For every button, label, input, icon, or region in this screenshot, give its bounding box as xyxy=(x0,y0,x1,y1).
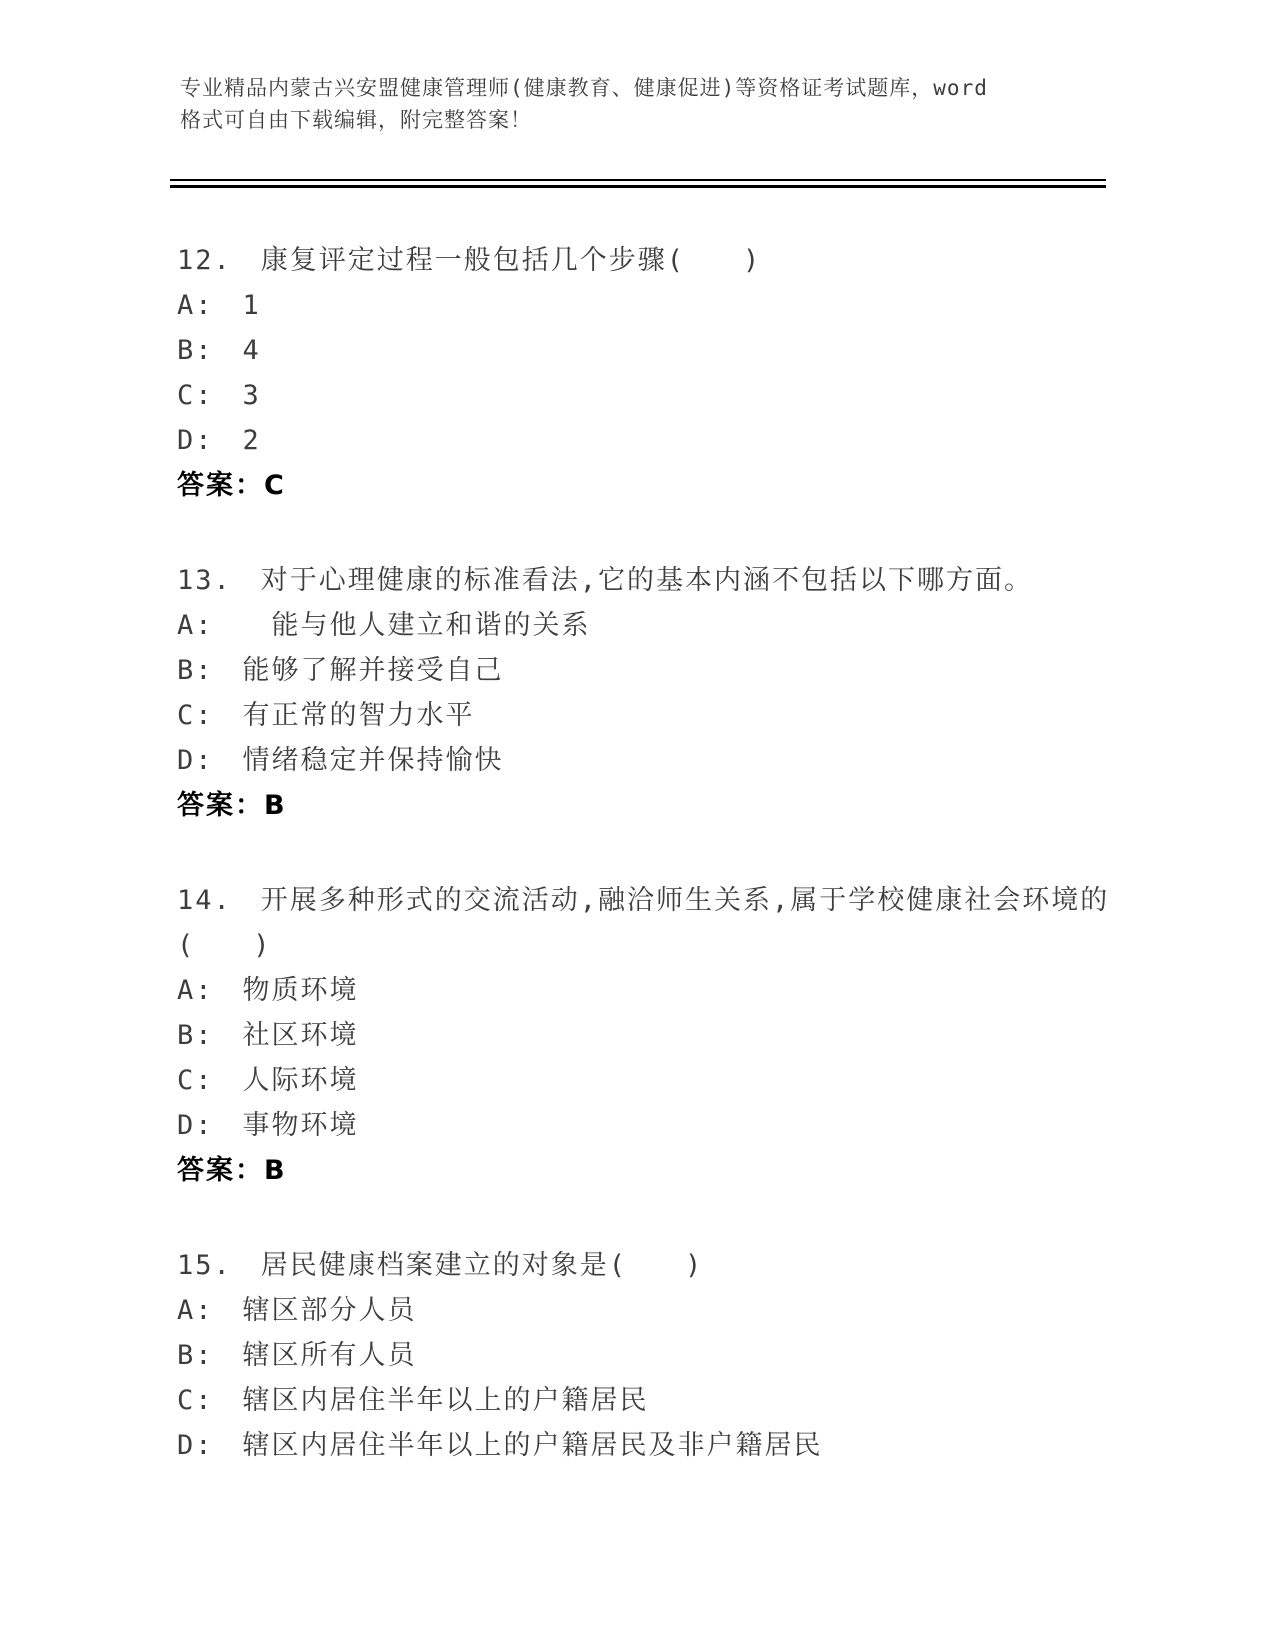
option-a: A: 1 xyxy=(177,283,1115,328)
document-page: 专业精品内蒙古兴安盟健康管理师(健康教育、健康促进)等资格证考试题库，word … xyxy=(0,0,1275,1650)
header-line-1: 专业精品内蒙古兴安盟健康管理师(健康教育、健康促进)等资格证考试题库，word xyxy=(180,72,1120,104)
answer-line: 答案：C xyxy=(177,463,1115,508)
header-divider-rule xyxy=(170,179,1106,188)
question-block-13: 13. 对于心理健康的标准看法,它的基本内涵不包括以下哪方面。 A: 能与他人建… xyxy=(177,558,1115,828)
question-block-15: 15. 居民健康档案建立的对象是( ) A: 辖区部分人员 B: 辖区所有人员 … xyxy=(177,1243,1115,1468)
question-title: 15. 居民健康档案建立的对象是( ) xyxy=(177,1243,1115,1288)
option-c: C: 3 xyxy=(177,373,1115,418)
option-d: D: 2 xyxy=(177,418,1115,463)
option-b: B: 社区环境 xyxy=(177,1013,1115,1058)
option-c: C: 辖区内居住半年以上的户籍居民 xyxy=(177,1378,1115,1423)
answer-line: 答案：B xyxy=(177,1148,1115,1193)
question-title: 14. 开展多种形式的交流活动,融洽师生关系,属于学校健康社会环境的( ) xyxy=(177,878,1115,968)
option-b: B: 能够了解并接受自己 xyxy=(177,648,1115,693)
option-a: A: 能与他人建立和谐的关系 xyxy=(177,603,1115,648)
option-c: C: 人际环境 xyxy=(177,1058,1115,1103)
document-header: 专业精品内蒙古兴安盟健康管理师(健康教育、健康促进)等资格证考试题库，word … xyxy=(180,72,1120,136)
question-title: 12. 康复评定过程一般包括几个步骤( ) xyxy=(177,238,1115,283)
option-d: D: 情绪稳定并保持愉快 xyxy=(177,738,1115,783)
header-line-2: 格式可自由下载编辑，附完整答案！ xyxy=(180,104,1120,136)
question-title: 13. 对于心理健康的标准看法,它的基本内涵不包括以下哪方面。 xyxy=(177,558,1115,603)
question-block-14: 14. 开展多种形式的交流活动,融洽师生关系,属于学校健康社会环境的( ) A:… xyxy=(177,878,1115,1193)
option-a: A: 物质环境 xyxy=(177,968,1115,1013)
option-c: C: 有正常的智力水平 xyxy=(177,693,1115,738)
question-block-12: 12. 康复评定过程一般包括几个步骤( ) A: 1 B: 4 C: 3 D: … xyxy=(177,238,1115,508)
option-b: B: 辖区所有人员 xyxy=(177,1333,1115,1378)
option-a: A: 辖区部分人员 xyxy=(177,1288,1115,1333)
option-d: D: 事物环境 xyxy=(177,1103,1115,1148)
answer-line: 答案：B xyxy=(177,783,1115,828)
option-d: D: 辖区内居住半年以上的户籍居民及非户籍居民 xyxy=(177,1423,1115,1468)
option-b: B: 4 xyxy=(177,328,1115,373)
questions-area: 12. 康复评定过程一般包括几个步骤( ) A: 1 B: 4 C: 3 D: … xyxy=(177,238,1115,1468)
